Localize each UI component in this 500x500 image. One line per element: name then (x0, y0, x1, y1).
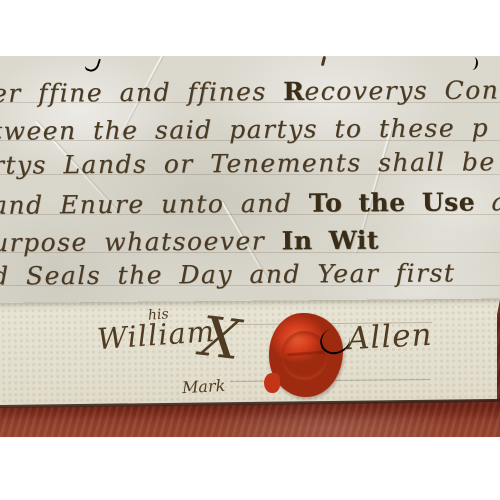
manuscript-text: ecoverys Conveya (304, 75, 500, 106)
manuscript-line-6: d Seals the Day and Year first (0, 258, 456, 290)
ink-stroke-fragment (467, 56, 479, 70)
seal-wax-drip (264, 373, 280, 393)
bottom-white-band (0, 437, 500, 500)
manuscript-text: urpose whatsoever (0, 226, 282, 257)
deed-photograph: er ffine and ffines Recoverys Conveya tw… (0, 56, 500, 437)
ink-stroke-fragment (84, 56, 101, 74)
manuscript-blackletter: R (283, 77, 304, 106)
signature-mark-label: Mark (182, 376, 226, 397)
manuscript-line-1: er ffine and ffines Recoverys Conveya (0, 75, 500, 108)
manuscript-text: rtys Lands or Tenements shall be (0, 147, 496, 180)
manuscript-text: tween the said partys to these p (0, 113, 489, 145)
manuscript-line-5: urpose whatsoever In Wit (0, 226, 379, 258)
manuscript-blackletter: In Wit (282, 226, 379, 256)
parchment-fold-flap (0, 299, 500, 413)
signature-allen: Allen (346, 317, 433, 357)
manuscript-blackletter: To the Use (309, 187, 475, 217)
parchment-document: er ffine and ffines Recoverys Conveya tw… (0, 56, 500, 408)
signature-x-mark: X (197, 304, 244, 372)
manuscript-text: and Enure unto and (0, 189, 309, 220)
manuscript-text: an (475, 187, 500, 216)
top-white-band (0, 0, 500, 56)
manuscript-text: d Seals the Day and Year first (0, 258, 456, 290)
manuscript-line-4: and Enure unto and To the Use an (0, 187, 500, 220)
ink-stroke-fragment (321, 56, 326, 66)
manuscript-line-3: rtys Lands or Tenements shall be (0, 147, 496, 180)
manuscript-line-2: tween the said partys to these p (0, 113, 489, 145)
manuscript-text: er ffine and ffines (0, 77, 283, 108)
page: { "manuscript": { "lines": [ { "pre": "e… (0, 0, 500, 500)
